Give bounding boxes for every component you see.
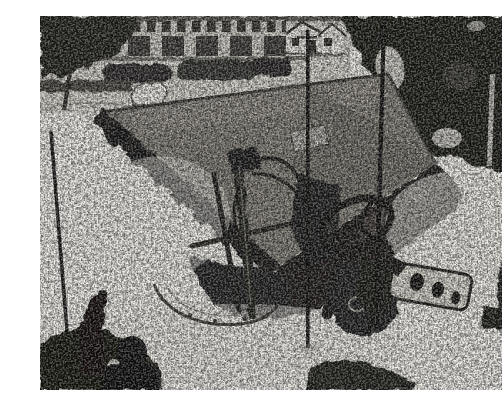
film-grain (40, 16, 502, 390)
photo-canvas (40, 16, 502, 390)
newspaper-photo (40, 16, 502, 390)
